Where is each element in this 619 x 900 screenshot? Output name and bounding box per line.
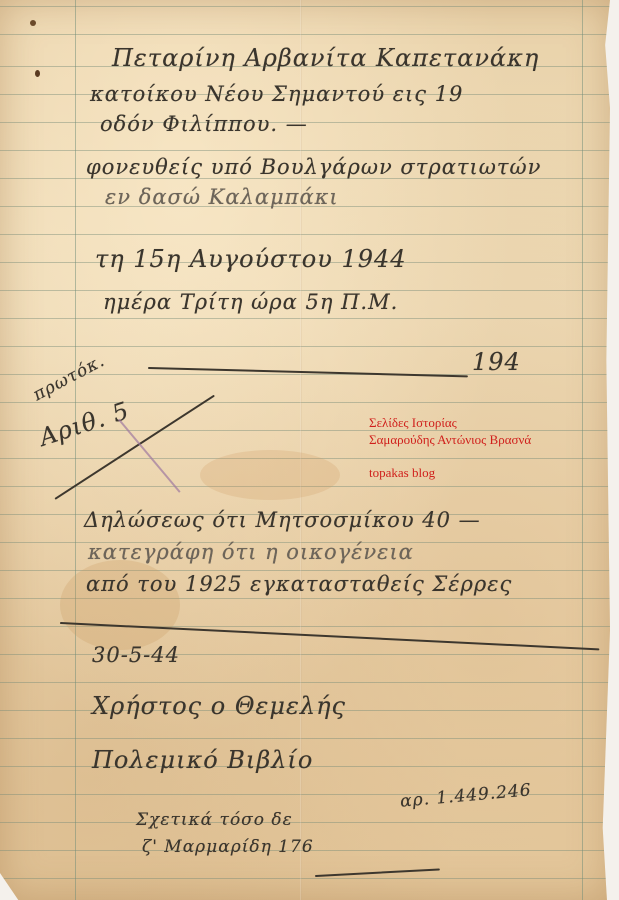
handwritten-line: Πολεμικό Βιβλίο [92, 746, 313, 774]
handwritten-line: τη 15η Αυγούστου 1944 [95, 245, 407, 273]
stain [200, 450, 340, 500]
handwritten-line: Σχετικά τόσο δε [136, 810, 293, 830]
handwritten-line: οδόν Φιλίππου. — [100, 112, 308, 136]
handwritten-line: Πεταρίνη Αρβανίτα Καπετανάκη [112, 44, 539, 72]
handwritten-line: ημέρα Τρίτη ώρα 5η Π.Μ. [103, 290, 398, 314]
faded-stamp [110, 420, 180, 510]
watermark-title: Σελίδες Ιστορίας [369, 414, 531, 431]
stain [35, 70, 40, 77]
handwritten-line: κατοίκου Νέου Σημαντού εις 19 [90, 82, 463, 106]
handwritten-line: 194 [472, 348, 521, 376]
handwritten-line: φονευθείς υπό Βουλγάρων στρατιωτών [86, 155, 541, 179]
watermark-blog: topakas blog [369, 464, 531, 481]
handwritten-line: από του 1925 εγκατασταθείς Σέρρες [86, 572, 512, 596]
handwritten-line: ζ' Μαρμαρίδη 176 [142, 837, 314, 857]
handwritten-line: κατεγράφη ότι η οικογένεια [88, 540, 414, 564]
left-margin-line [75, 0, 76, 900]
handwritten-line: Χρήστος ο Θεμελής [92, 692, 346, 720]
stain [30, 20, 36, 26]
handwritten-line: Δηλώσεως ότι Μητσοσμίκου 40 — [84, 508, 481, 532]
handwritten-line: 30-5-44 [92, 643, 180, 667]
blog-watermark: Σελίδες Ιστορίας Σαμαρούδης Αντώνιος Βρα… [369, 414, 531, 481]
handwritten-line: εν δασώ Καλαμπάκι [105, 185, 339, 209]
right-margin-line [582, 0, 583, 900]
watermark-author: Σαμαρούδης Αντώνιος Βρασνά [369, 431, 531, 448]
